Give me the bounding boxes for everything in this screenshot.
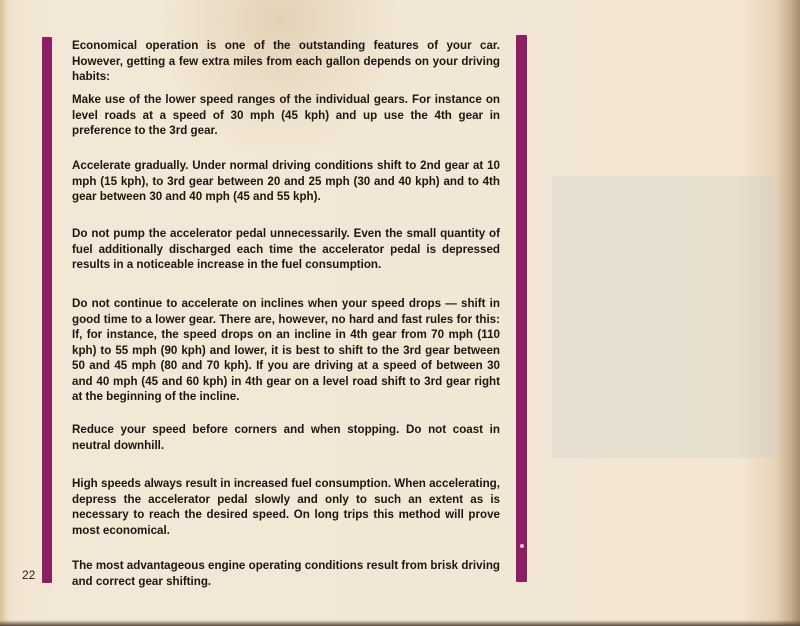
paragraph-corners: Reduce your speed before corners and whe… [72, 422, 500, 453]
paragraph-high-speeds: High speeds always result in increased f… [72, 476, 500, 538]
paragraph-conclusion: The most advantageous engine operating c… [72, 558, 500, 589]
paragraph-lower-speed-ranges: Make use of the lower speed ranges of th… [72, 92, 500, 139]
paragraph-inclines: Do not continue to accelerate on incline… [72, 296, 500, 405]
right-accent-bar [516, 35, 527, 582]
paragraph-accelerator-pedal: Do not pump the accelerator pedal unnece… [72, 226, 500, 273]
manual-page: Economical operation is one of the outst… [0, 0, 800, 626]
paragraph-accelerate-gradually: Accelerate gradually. Under normal drivi… [72, 158, 500, 205]
page-bottom-shadow [0, 620, 800, 626]
left-accent-bar [42, 37, 52, 583]
paragraph-intro: Economical operation is one of the outst… [72, 38, 500, 85]
page-number: 22 [22, 568, 35, 582]
page-edge-shadow [0, 0, 8, 626]
accent-bar-dot [520, 544, 524, 548]
bleed-through-image [552, 176, 780, 458]
